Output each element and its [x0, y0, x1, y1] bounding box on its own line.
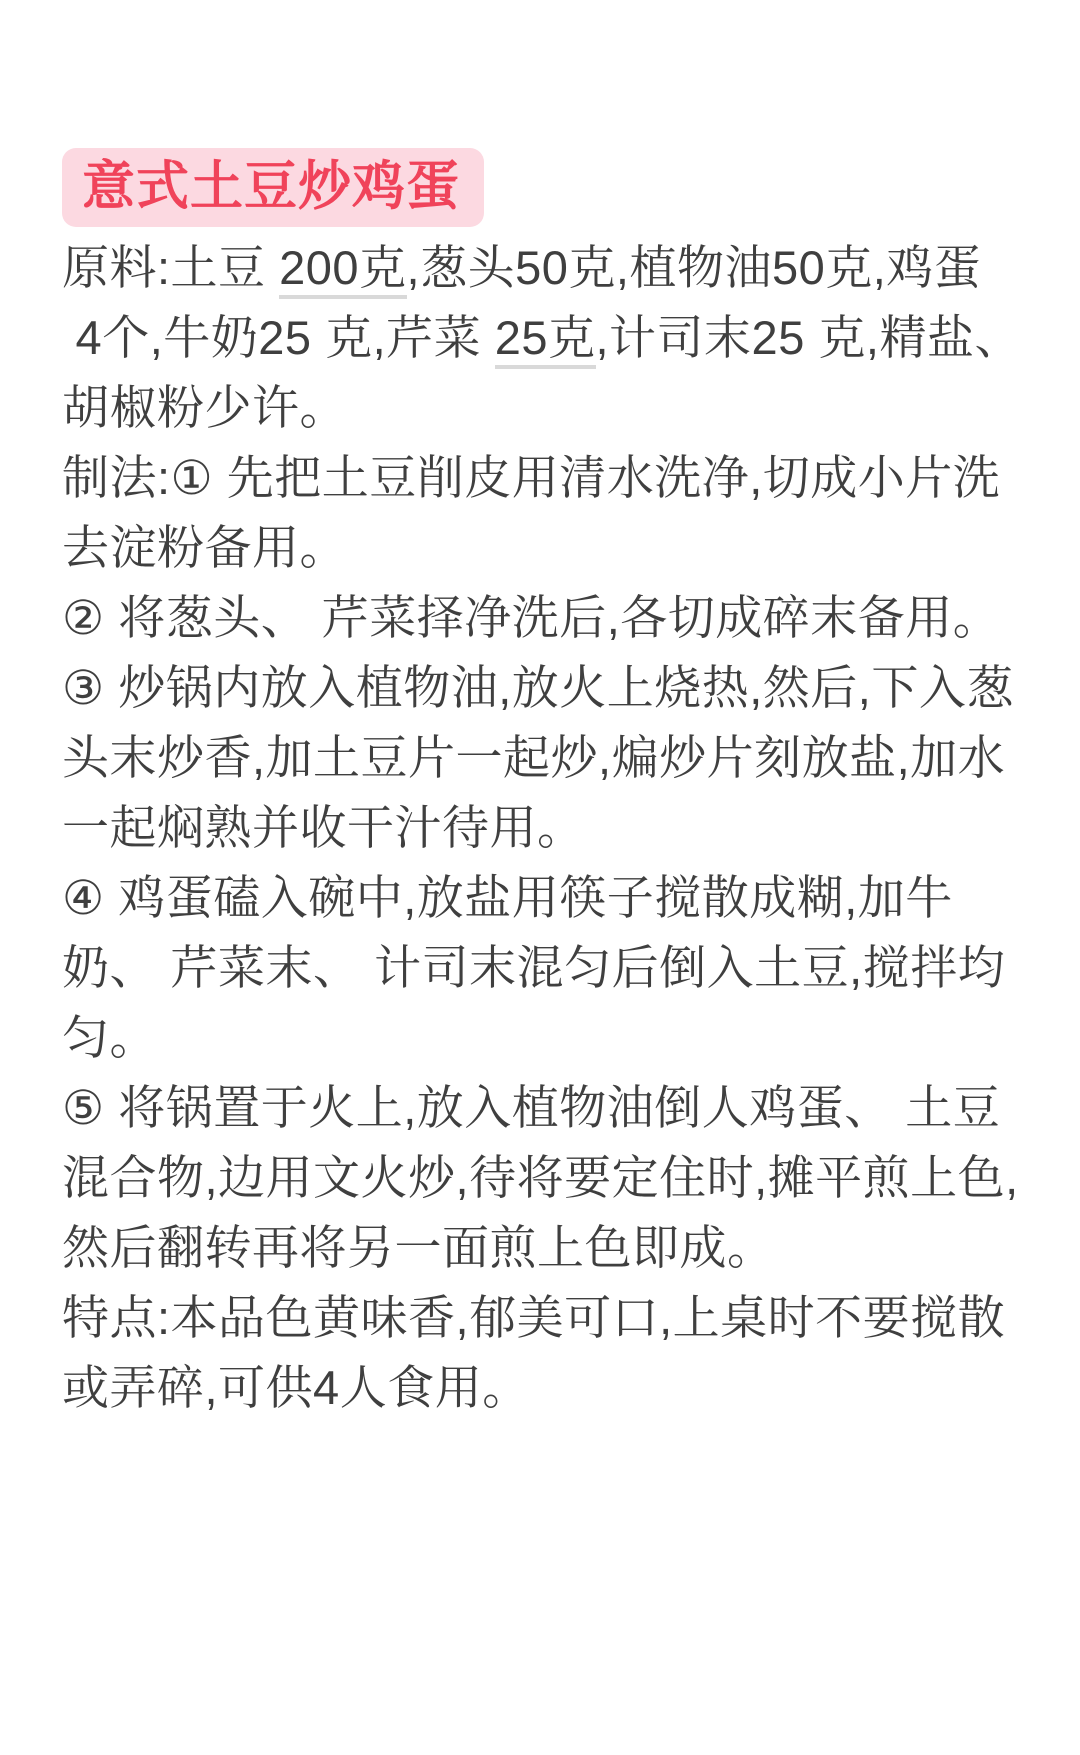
text-segment: 头末炒香,加土豆片一起炒,煸炒片刻放盐,加水	[62, 731, 1005, 784]
recipe-line: ③ 炒锅内放入植物油,放火上烧热,然后,下入葱	[62, 653, 1040, 723]
underlined-text: 200克	[279, 241, 406, 299]
text-segment: ,葱头50克,植物油50克,鸡蛋	[407, 241, 982, 294]
text-segment: 然后翻转再将另一面煎上色即成。	[62, 1221, 775, 1274]
text-segment: 特点:本品色黄味香,郁美可口,上桌时不要搅散	[62, 1291, 1005, 1344]
recipe-line: 混合物,边用文火炒,待将要定住时,摊平煎上色,	[62, 1143, 1040, 1213]
recipe-line: 胡椒粉少许。	[62, 373, 1040, 443]
text-segment: 混合物,边用文火炒,待将要定住时,摊平煎上色,	[62, 1151, 1019, 1204]
text-segment: 奶、 芹菜末、 计司末混匀后倒入土豆,搅拌均	[62, 941, 1005, 994]
text-segment: 一起焖熟并收干汁待用。	[62, 801, 585, 854]
text-segment: ③ 炒锅内放入植物油,放火上烧热,然后,下入葱	[62, 661, 1014, 714]
recipe-line: 奶、 芹菜末、 计司末混匀后倒入土豆,搅拌均	[62, 933, 1040, 1003]
recipe-line: 特点:本品色黄味香,郁美可口,上桌时不要搅散	[62, 1283, 1040, 1353]
text-segment: 去淀粉备用。	[62, 521, 347, 574]
recipe-line: ⑤ 将锅置于火上,放入植物油倒人鸡蛋、 土豆	[62, 1073, 1040, 1143]
recipe-line: 然后翻转再将另一面煎上色即成。	[62, 1213, 1040, 1283]
text-segment: 胡椒粉少许。	[62, 381, 347, 434]
recipe-line: 4个,牛奶25 克,芹菜 25克,计司末25 克,精盐、	[62, 303, 1040, 373]
recipe-line: 去淀粉备用。	[62, 513, 1040, 583]
text-segment: 匀。	[62, 1011, 157, 1064]
text-segment: 制法:① 先把土豆削皮用清水洗净,切成小片洗	[62, 451, 1000, 504]
text-segment: 原料:土豆	[62, 241, 279, 294]
recipe-line: 头末炒香,加土豆片一起炒,煸炒片刻放盐,加水	[62, 723, 1040, 793]
recipe-page: 意式土豆炒鸡蛋 原料:土豆 200克,葱头50克,植物油50克,鸡蛋 4个,牛奶…	[0, 0, 1080, 1755]
recipe-body: 原料:土豆 200克,葱头50克,植物油50克,鸡蛋 4个,牛奶25 克,芹菜 …	[62, 233, 1040, 1423]
text-segment: ⑤ 将锅置于火上,放入植物油倒人鸡蛋、 土豆	[62, 1081, 1000, 1134]
recipe-line: ② 将葱头、 芹菜择净洗后,各切成碎末备用。	[62, 583, 1040, 653]
recipe-line: 制法:① 先把土豆削皮用清水洗净,切成小片洗	[62, 443, 1040, 513]
recipe-line: 一起焖熟并收干汁待用。	[62, 793, 1040, 863]
recipe-line: 或弄碎,可供4人食用。	[62, 1353, 1040, 1423]
text-segment: 4个,牛奶25 克,芹菜	[62, 311, 495, 364]
underlined-text: 25克	[495, 311, 596, 369]
text-segment: ② 将葱头、 芹菜择净洗后,各切成碎末备用。	[62, 591, 1000, 644]
recipe-line: 原料:土豆 200克,葱头50克,植物油50克,鸡蛋	[62, 233, 1040, 303]
recipe-line: 匀。	[62, 1003, 1040, 1073]
text-segment: ④ 鸡蛋磕入碗中,放盐用筷子搅散成糊,加牛	[62, 871, 953, 924]
recipe-line: ④ 鸡蛋磕入碗中,放盐用筷子搅散成糊,加牛	[62, 863, 1040, 933]
recipe-title: 意式土豆炒鸡蛋	[62, 148, 484, 227]
text-segment: 或弄碎,可供4人食用。	[62, 1361, 530, 1414]
title-row: 意式土豆炒鸡蛋	[62, 148, 1040, 227]
text-segment: ,计司末25 克,精盐、	[596, 311, 1022, 364]
